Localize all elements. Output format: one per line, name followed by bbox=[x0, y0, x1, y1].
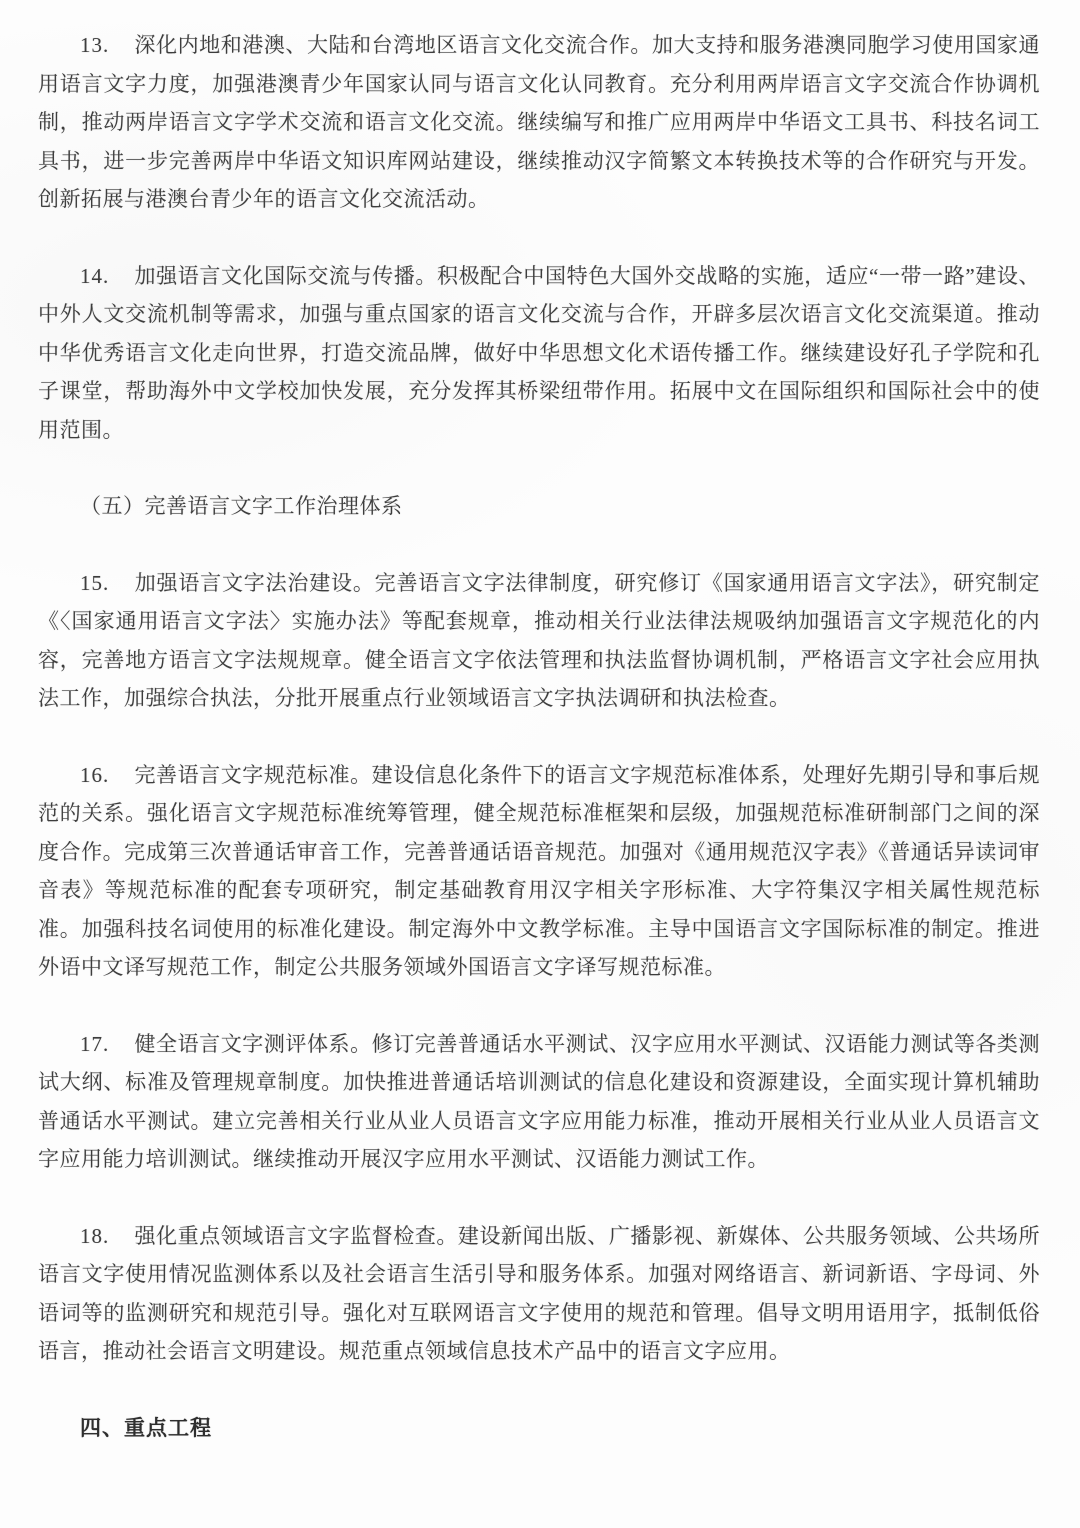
paragraph-15: 15.加强语言文字法治建设。完善语言文字法律制度，研究修订《国家通用语言文字法》… bbox=[38, 564, 1040, 718]
paragraph-14-text: 加强语言文化国际交流与传播。积极配合中国特色大国外交战略的实施，适应“一带一路”… bbox=[38, 264, 1040, 442]
paragraph-13-text: 深化内地和港澳、大陆和台湾地区语言文化交流合作。加大支持和服务港澳同胞学习使用国… bbox=[38, 33, 1040, 211]
paragraph-15-number: 15. bbox=[80, 564, 109, 603]
paragraph-18-text: 强化重点领域语言文字监督检查。建设新闻出版、广播影视、新媒体、公共服务领域、公共… bbox=[38, 1224, 1040, 1364]
paragraph-14: 14.加强语言文化国际交流与传播。积极配合中国特色大国外交战略的实施，适应“一带… bbox=[38, 257, 1040, 450]
chapter-heading-four: 四、重点工程 bbox=[38, 1409, 1040, 1448]
paragraph-16-number: 16. bbox=[80, 756, 109, 795]
paragraph-13-number: 13. bbox=[80, 26, 109, 65]
paragraph-17: 17.健全语言文字测评体系。修订完善普通话水平测试、汉字应用水平测试、汉语能力测… bbox=[38, 1025, 1040, 1179]
paragraph-16-text: 完善语言文字规范标准。建设信息化条件下的语言文字规范标准体系，处理好先期引导和事… bbox=[38, 763, 1040, 980]
paragraph-16: 16.完善语言文字规范标准。建设信息化条件下的语言文字规范标准体系，处理好先期引… bbox=[38, 756, 1040, 987]
paragraph-17-text: 健全语言文字测评体系。修订完善普通话水平测试、汉字应用水平测试、汉语能力测试等各… bbox=[38, 1032, 1040, 1172]
document-page: 13.深化内地和港澳、大陆和台湾地区语言文化交流合作。加大支持和服务港澳同胞学习… bbox=[0, 0, 1080, 1528]
paragraph-14-number: 14. bbox=[80, 257, 109, 296]
paragraph-13: 13.深化内地和港澳、大陆和台湾地区语言文化交流合作。加大支持和服务港澳同胞学习… bbox=[38, 26, 1040, 219]
paragraph-18: 18.强化重点领域语言文字监督检查。建设新闻出版、广播影视、新媒体、公共服务领域… bbox=[38, 1217, 1040, 1371]
paragraph-17-number: 17. bbox=[80, 1025, 109, 1064]
section-heading-five: （五）完善语言文字工作治理体系 bbox=[38, 487, 1040, 526]
paragraph-15-text: 加强语言文字法治建设。完善语言文字法律制度，研究修订《国家通用语言文字法》，研究… bbox=[38, 571, 1040, 711]
paragraph-18-number: 18. bbox=[80, 1217, 109, 1256]
